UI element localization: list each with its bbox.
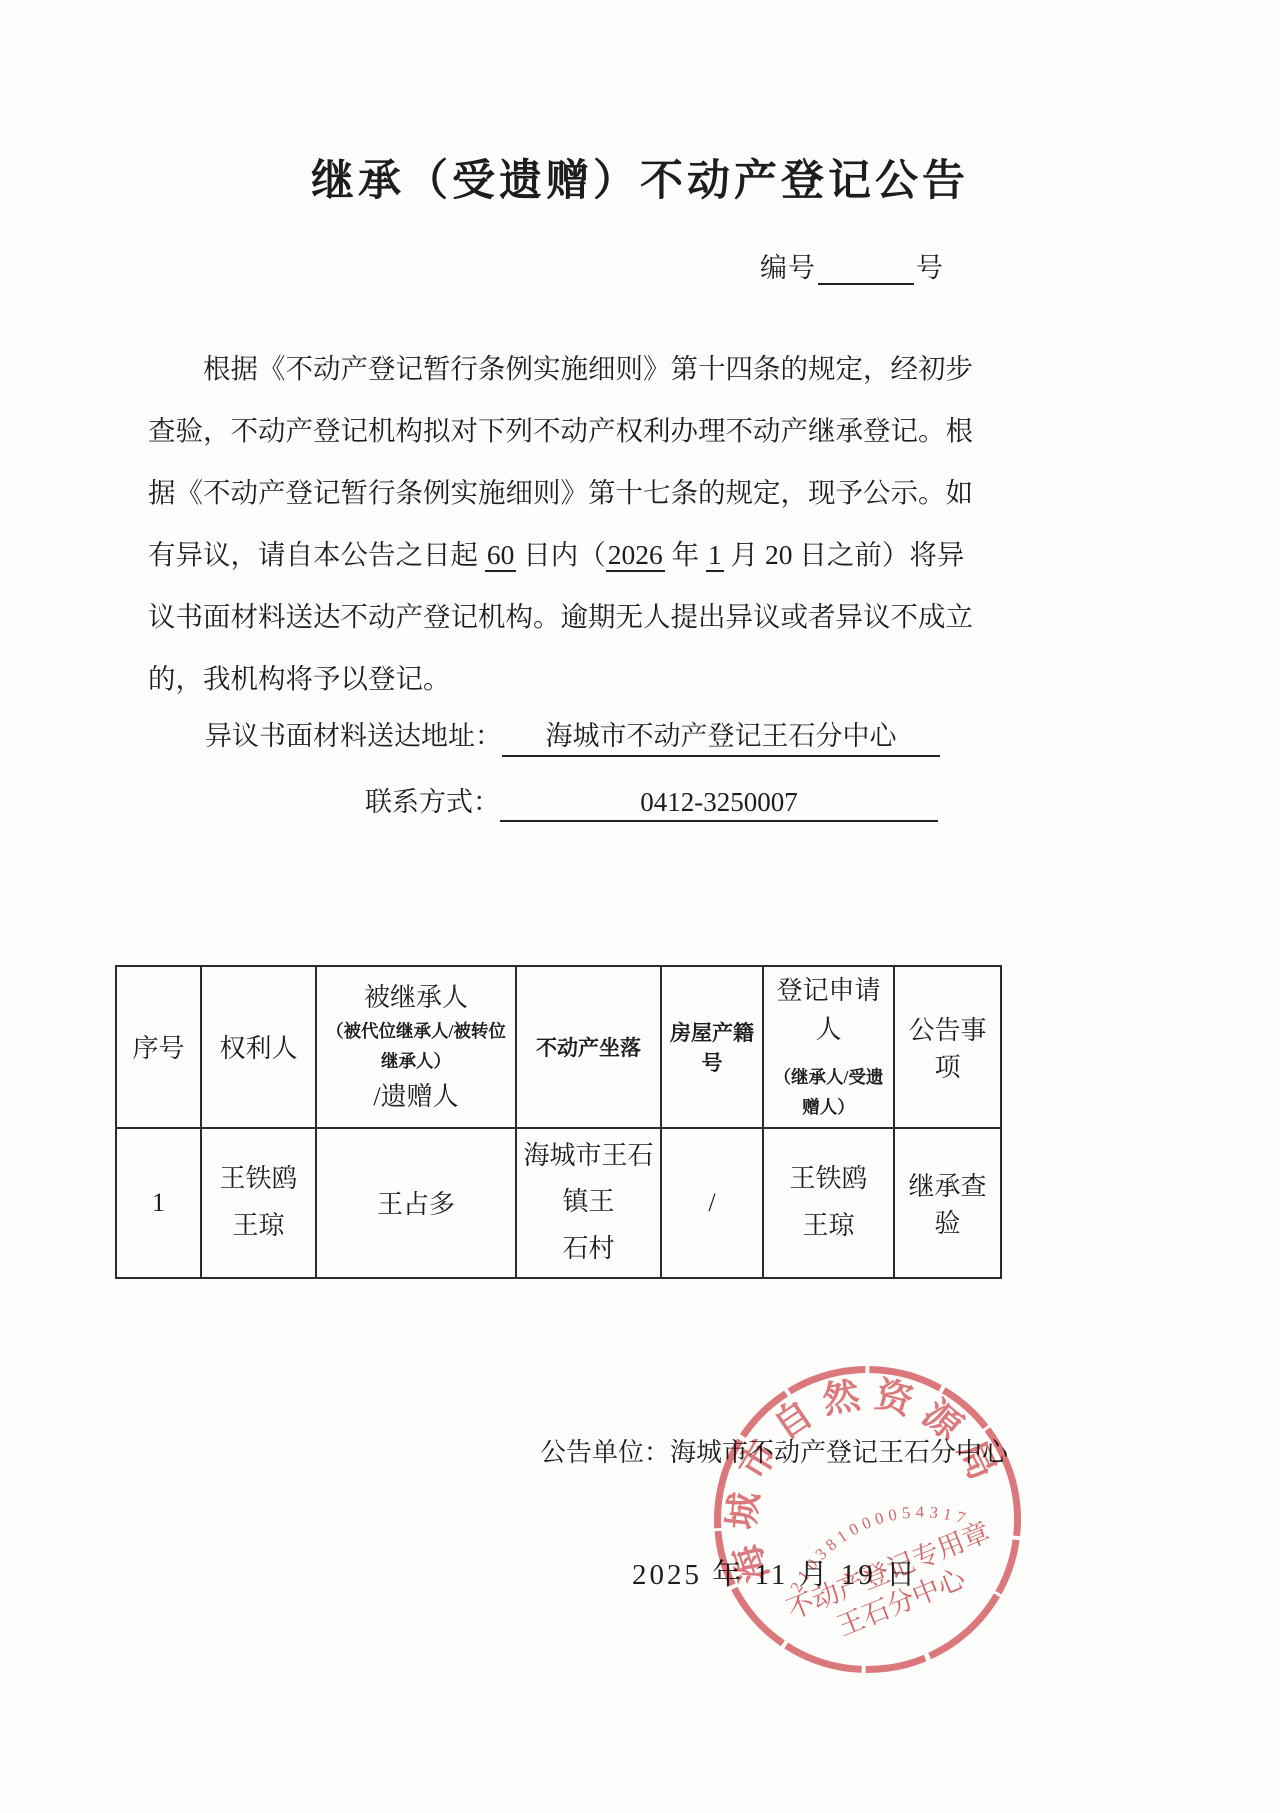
contact-line: 联系方式：0412-3250007	[365, 780, 938, 822]
stamp-ring	[700, 1352, 1035, 1687]
th-applicant-title: 登记申请人	[770, 971, 887, 1049]
deadline-month-underlined: 1	[706, 539, 724, 572]
th-applicant: 登记申请人 （继承人/受遗赠人）	[763, 966, 894, 1128]
announcement-date: 2025 年 11 月 19 日	[632, 1552, 918, 1593]
cell-applicant: 王铁鸥 王琼	[763, 1128, 894, 1278]
objection-address-value: 海城市不动产登记王石分中心	[502, 714, 940, 757]
notice-line-3: 据《不动产登记暂行条例实施细则》第十七条的规定，现予公示。如	[148, 462, 942, 524]
th-serial-number: 序号	[116, 966, 201, 1128]
document-page: 继承（受遗赠）不动产登记公告 编号号 根据《不动产登记暂行条例实施细则》第十四条…	[0, 0, 1280, 1813]
table-header-row: 序号 权利人 被继承人 （被代位继承人/被转位继承人） /遗赠人 不动产坐落 房…	[116, 966, 1001, 1128]
th-property-location: 不动产坐落	[516, 966, 661, 1128]
deadline-days-underlined: 60	[485, 539, 517, 572]
doc-number-suffix: 号	[916, 253, 944, 283]
notice-line-2: 查验，不动产登记机构拟对下列不动产权利办理不动产继承登记。根	[148, 400, 942, 462]
registration-table: 序号 权利人 被继承人 （被代位继承人/被转位继承人） /遗赠人 不动产坐落 房…	[115, 965, 1002, 1279]
notice-paragraph: 根据《不动产登记暂行条例实施细则》第十四条的规定，经初步 查验，不动产登记机构拟…	[148, 338, 942, 710]
contact-label: 联系方式：	[365, 787, 500, 817]
official-seal-stamp: 海城市自然资源局 不动产登记专用章 王石分中心 210381000054317	[700, 1352, 1035, 1687]
notice-line-5: 议书面材料送达不动产登记机构。逾期无人提出异议或者异议不成立	[148, 586, 942, 648]
issuer-line: 公告单位：海城市不动产登记王石分中心	[540, 1432, 1008, 1469]
doc-number-line: 编号号	[760, 246, 944, 285]
cell-house-registry-number: /	[661, 1128, 763, 1278]
th-house-registry-number: 房屋产籍号	[661, 966, 763, 1128]
notice-line-1: 根据《不动产登记暂行条例实施细则》第十四条的规定，经初步	[148, 338, 942, 400]
cell-announcement-matter: 继承查验	[894, 1128, 1001, 1278]
cell-property-location: 海城市王石镇王 石村	[516, 1128, 661, 1278]
page-title: 继承（受遗赠）不动产登记公告	[0, 147, 1280, 208]
th-announcement-matter: 公告事项	[894, 966, 1001, 1128]
doc-number-label: 编号	[760, 253, 816, 283]
issuer-label: 公告单位：	[540, 1438, 670, 1467]
notice-line4-seg5: 年	[665, 539, 706, 570]
th-right-holder: 权利人	[201, 966, 316, 1128]
notice-line-6: 的，我机构将予以登记。	[148, 648, 942, 710]
cell-right-holder: 王铁鸥 王琼	[201, 1128, 316, 1278]
th-decedent-title: 被继承人	[323, 978, 509, 1017]
doc-number-blank-line	[818, 257, 914, 285]
deadline-year-underlined: 2026	[606, 539, 665, 572]
th-devisor: /遗赠人	[323, 1077, 509, 1116]
cell-decedent: 王占多	[316, 1128, 516, 1278]
table-row: 1 王铁鸥 王琼 王占多 海城市王石镇王 石村 / 王铁鸥 王琼 继承查验	[116, 1128, 1001, 1278]
notice-line4-seg3: 日内（	[516, 539, 605, 570]
th-decedent: 被继承人 （被代位继承人/被转位继承人） /遗赠人	[316, 966, 516, 1128]
cell-serial-number: 1	[116, 1128, 201, 1278]
notice-line-4: 有异议，请自本公告之日起 60 日内（2026 年 1 月 20 日之前）将异	[148, 524, 942, 586]
notice-line4-seg7: 月 20 日之前）将异	[724, 539, 965, 570]
objection-address-line: 异议书面材料送达地址：海城市不动产登记王石分中心	[205, 714, 940, 757]
contact-value: 0412-3250007	[500, 787, 938, 822]
th-decedent-note: （被代位继承人/被转位继承人）	[323, 1017, 509, 1077]
notice-line4-seg1: 有异议，请自本公告之日起	[148, 539, 485, 570]
th-applicant-note: （继承人/受遗赠人）	[770, 1063, 887, 1123]
objection-address-label: 异议书面材料送达地址：	[205, 721, 502, 751]
issuer-value: 海城市不动产登记王石分中心	[670, 1438, 1008, 1467]
